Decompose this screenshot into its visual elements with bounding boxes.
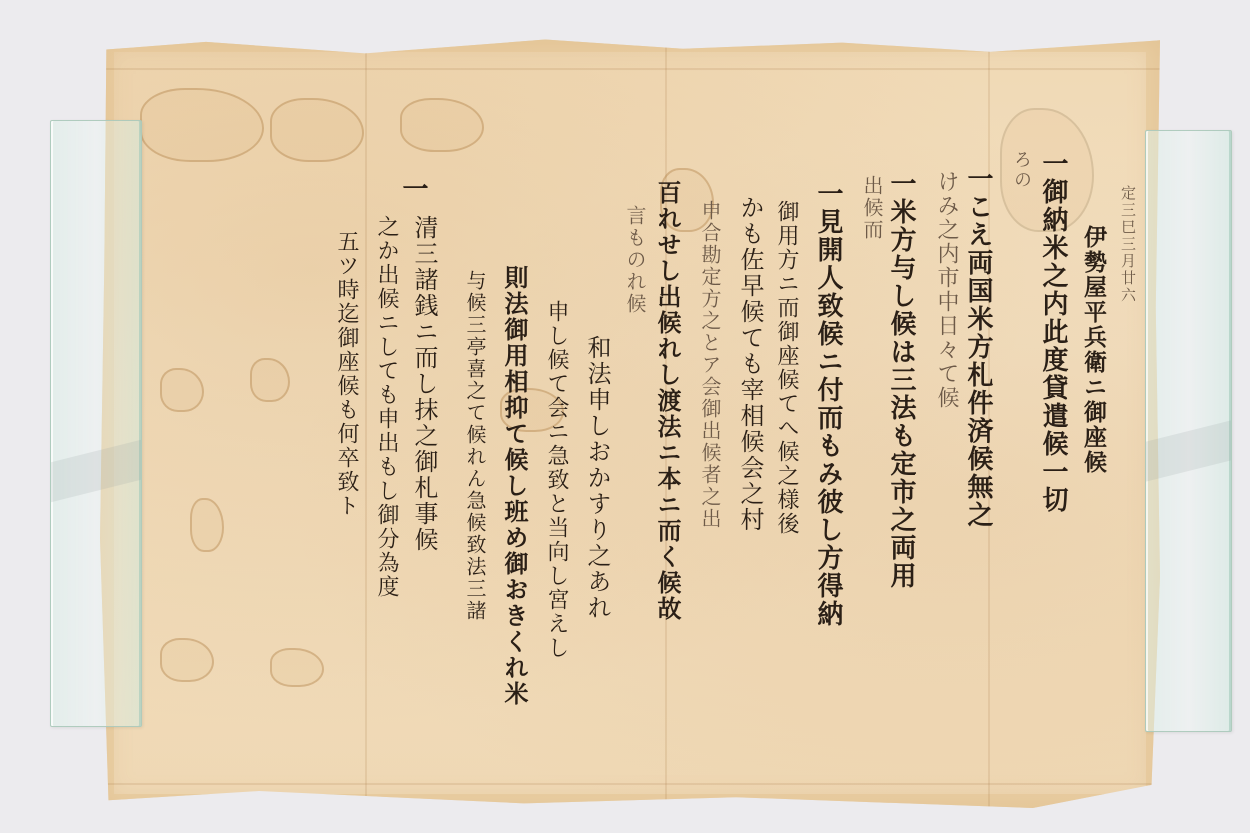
glass-weight-left [50,120,142,727]
text-column: かも佐早候ても宰相候会之村 [738,195,762,533]
text-column: 申合勘定方之とア会御出候者之出 [700,200,720,530]
text-column: 之か出候ニしても申出もし御分為度 [375,215,397,599]
text-column: 百れせし出候れし渡法ニ本ニ而く候故 [655,180,679,622]
water-stain [160,638,214,682]
text-column: 定三巳三月廿六 [1120,185,1135,304]
text-column: 申し候て会ニ急致と当向し宮えし [545,300,567,660]
text-column: けみ之内市中日々て候 [935,170,957,410]
glass-reflection [51,440,141,502]
text-column: 伊勢屋平兵衛ニ御座候 [1082,225,1105,475]
glass-reflection [1146,420,1231,481]
item-marker: 一 [400,175,426,203]
photograph: 定三巳三月廿六 伊勢屋平兵衛ニ御座候 一御納米之内此度貸遣候一切 ろの 一こえ両… [0,0,1250,833]
text-column: 一御納米之内此度貸遣候一切 [1040,150,1066,514]
fold-line [100,783,1160,785]
water-stain [250,358,290,402]
water-stain [160,368,204,412]
text-column: 清三諸銭ニ而し抹之御札事候 [412,215,436,553]
text-column: ろの [1012,150,1030,190]
text-column: 御用方ニ而御座候てへ候之様後 [775,200,797,536]
glass-weight-right [1145,130,1232,732]
water-stain [270,648,324,687]
text-column: 和法申しおかすり之あれ [585,335,609,621]
text-column: 五ツ時迄御座候も何卒致ト [335,230,357,518]
text-column: 与候三亭喜之て候れん急候致法三諸 [465,270,485,622]
manuscript-paper [100,38,1160,808]
fold-line [365,38,367,808]
text-column: 言ものれ候 [625,205,645,315]
text-column: 一米方与し候は三法も定市之両用 [888,170,914,590]
text-column: 則法御用相抑て候し班め御おきくれ米 [502,265,526,707]
text-column: 一見開人致候ニ付而もみ彼し方得納 [815,180,841,628]
fold-line [100,68,1160,70]
text-column: 一こえ両国米方札件済候無之 [965,165,991,529]
text-column: 出候而 [862,175,882,241]
